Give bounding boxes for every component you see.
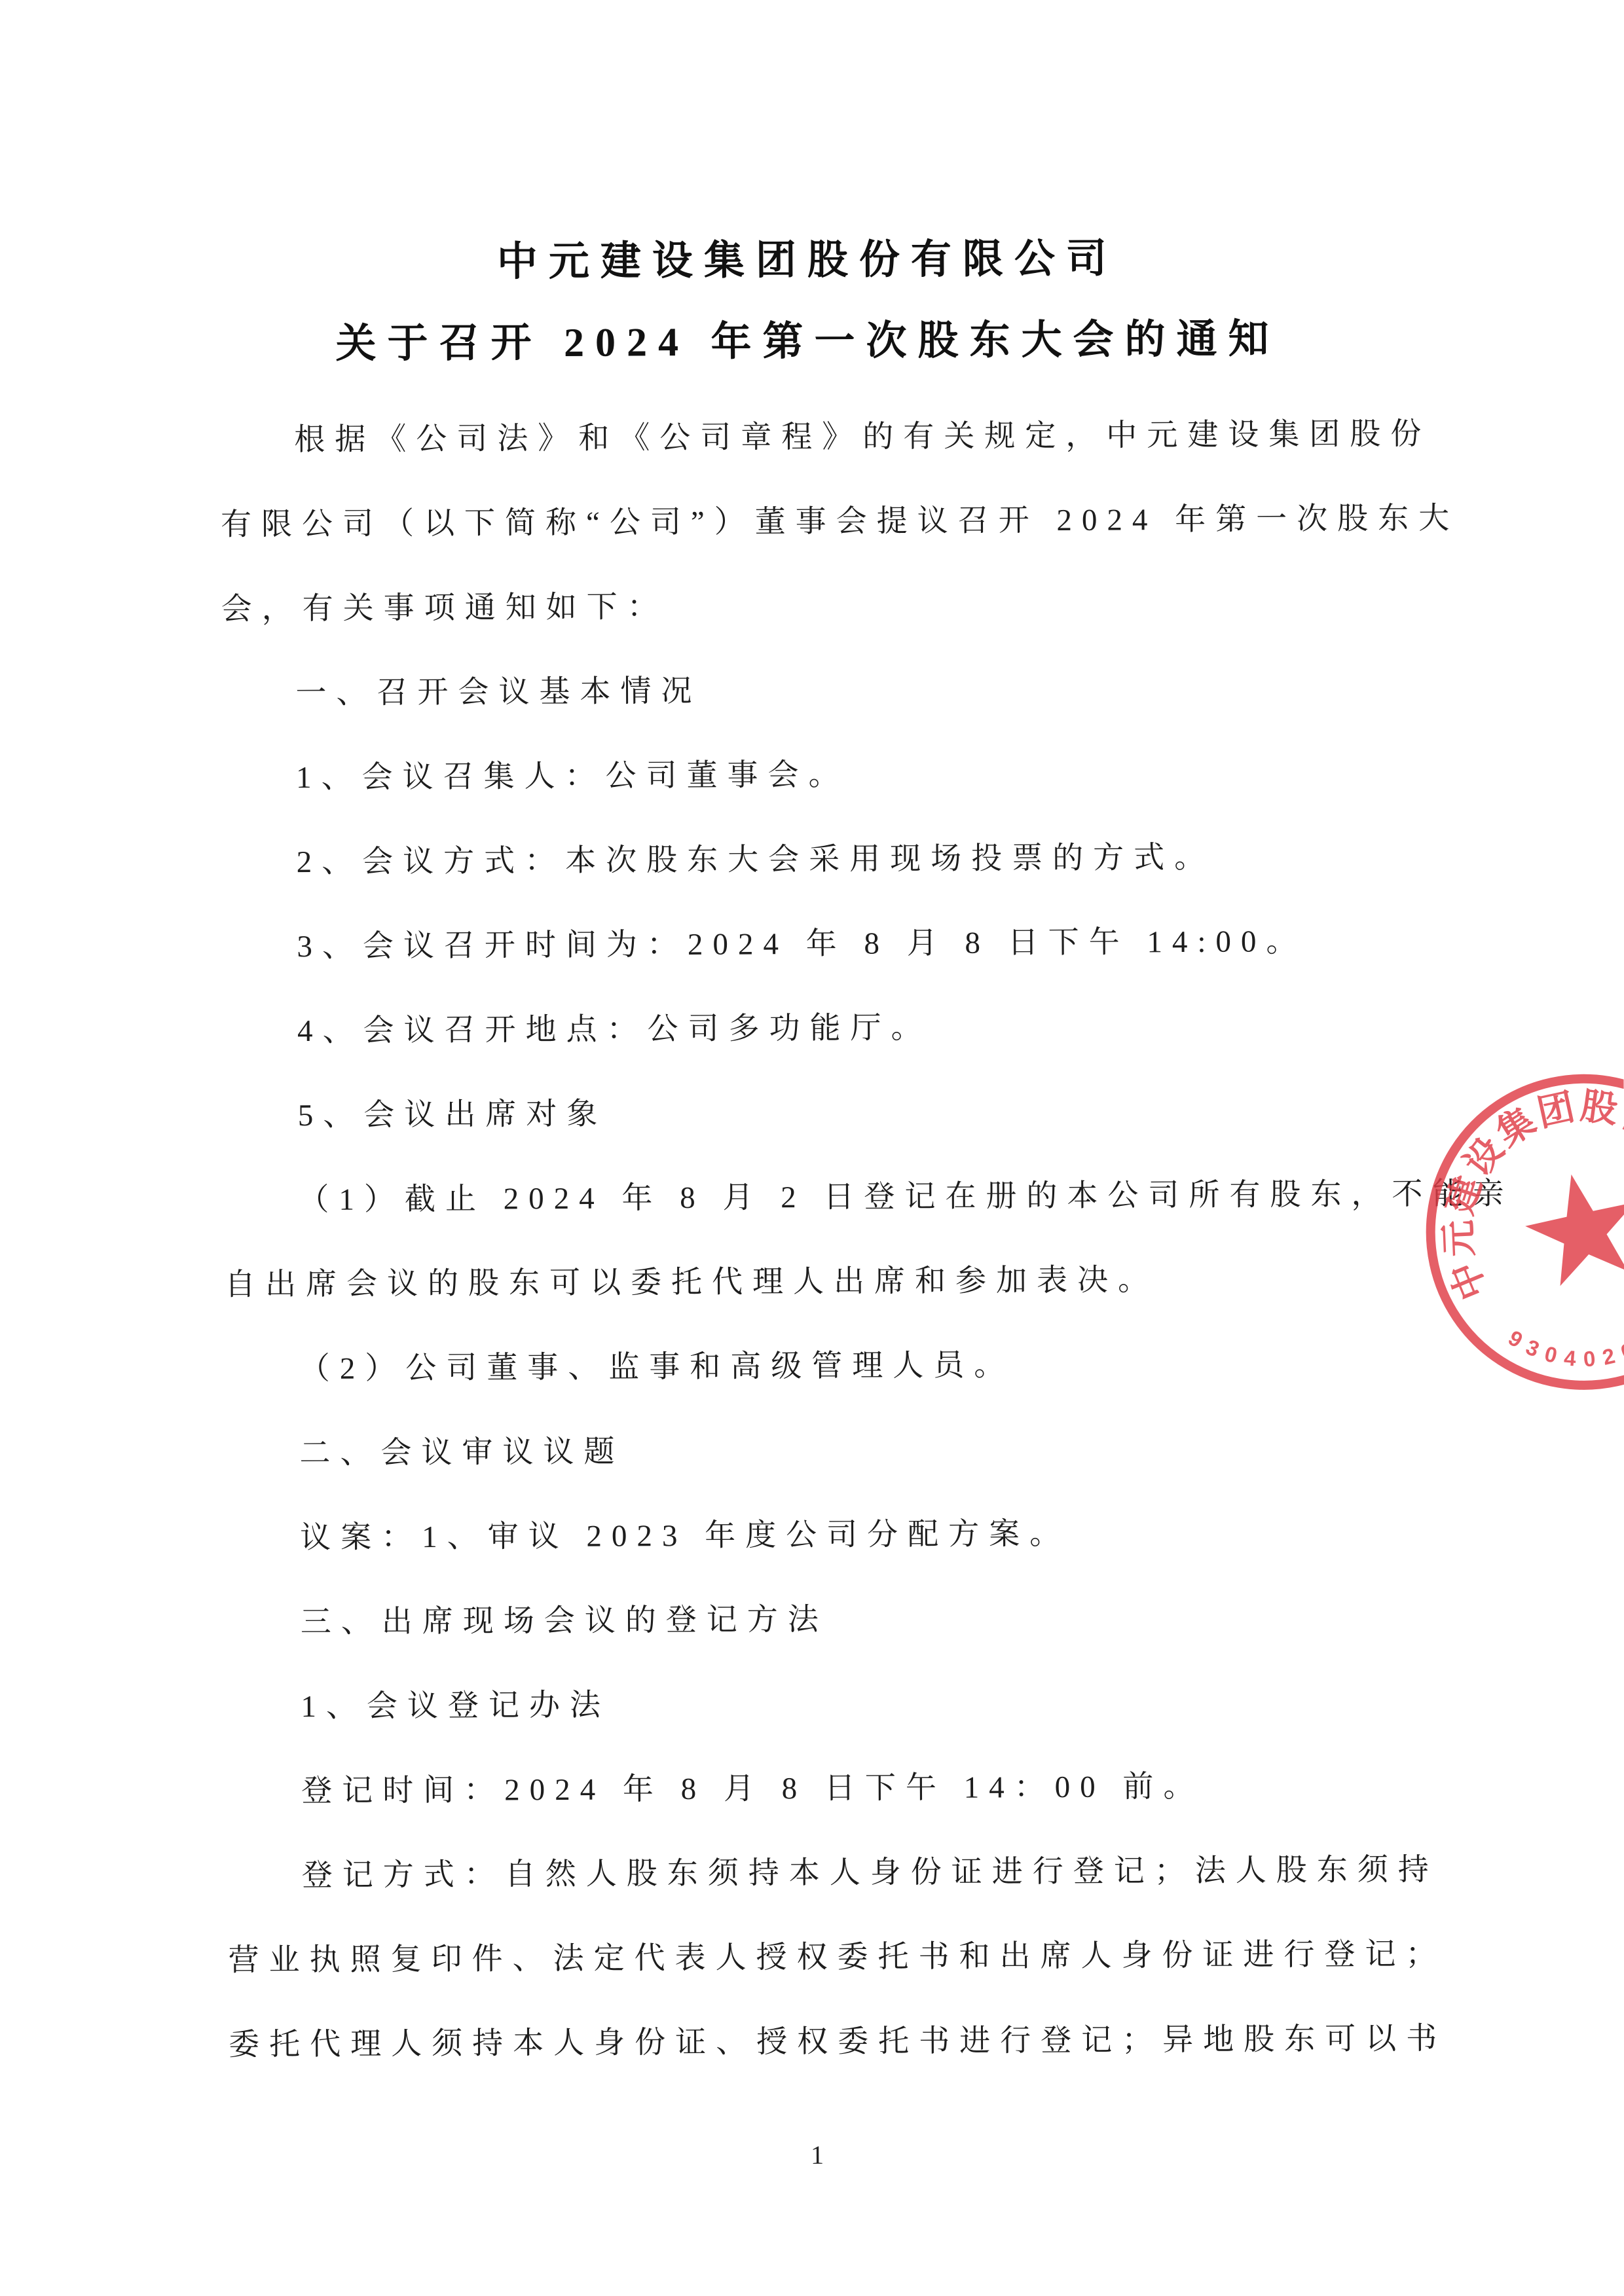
title-line-1: 中元建设集团股份有限公司 xyxy=(0,216,1619,306)
body-line: 会，有关事项通知如下： xyxy=(221,561,1374,651)
body-line: 5、会议出席对象 xyxy=(223,1068,1376,1158)
body-line: 3、会议召开时间为：2024 年 8 月 8 日下午 14:00。 xyxy=(223,899,1376,989)
page-number: 1 xyxy=(5,2135,1624,2174)
body-line: 2、会议方式：本次股东大会采用现场投票的方式。 xyxy=(222,814,1375,905)
body-line: 委托代理人须持本人身份证、授权委托书进行登记；异地股东可以书 xyxy=(229,1997,1382,2087)
body-line: 二、会议审议议题 xyxy=(225,1406,1378,1496)
body-line: （2）公司董事、监事和高级管理人员。 xyxy=(225,1321,1378,1412)
body-line: 三、出席现场会议的登记方法 xyxy=(226,1575,1379,1665)
body-line: 1、会议召集人：公司董事会。 xyxy=(222,730,1375,820)
body-line: 自出席会议的股东可以委托代理人出席和参加表决。 xyxy=(225,1237,1378,1327)
document-page: 中元建设集团股份有限公司 关于召开 2024 年第一次股东大会的通知 根据《公司… xyxy=(0,0,1624,2296)
body-line: 有限公司（以下简称“公司”）董事会提议召开 2024 年第一次股东大 xyxy=(221,477,1374,568)
body-line: 议案：1、审议 2023 年度公司分配方案。 xyxy=(226,1490,1379,1580)
seal-serial-number: 93040200 xyxy=(1500,1296,1624,1389)
body-line: 根据《公司法》和《公司章程》的有关规定，中元建设集团股份 xyxy=(220,393,1373,483)
body-line: 营业执照复印件、法定代表人授权委托书和出席人身份证进行登记； xyxy=(228,1912,1381,2003)
document-title: 中元建设集团股份有限公司 关于召开 2024 年第一次股东大会的通知 xyxy=(0,216,1620,387)
title-line-2: 关于召开 2024 年第一次股东大会的通知 xyxy=(0,297,1620,387)
body-line: 一、召开会议基本情况 xyxy=(221,646,1375,736)
document-body: 根据《公司法》和《公司章程》的有关规定，中元建设集团股份有限公司（以下简称“公司… xyxy=(220,393,1381,2088)
seal-star xyxy=(1517,1163,1624,1291)
body-line: 4、会议召开地点：公司多功能厅。 xyxy=(223,983,1376,1074)
body-line: （1）截止 2024 年 8 月 2 日登记在册的本公司所有股东，不能亲 xyxy=(224,1152,1377,1243)
body-line: 登记时间：2024 年 8 月 8 日下午 14：00 前。 xyxy=(227,1743,1380,1834)
scanned-content: 中元建设集团股份有限公司 关于召开 2024 年第一次股东大会的通知 根据《公司… xyxy=(0,0,1624,2296)
body-line: 1、会议登记办法 xyxy=(227,1659,1380,1749)
body-line: 登记方式：自然人股东须持本人身份证进行登记；法人股东须持 xyxy=(227,1828,1380,1918)
